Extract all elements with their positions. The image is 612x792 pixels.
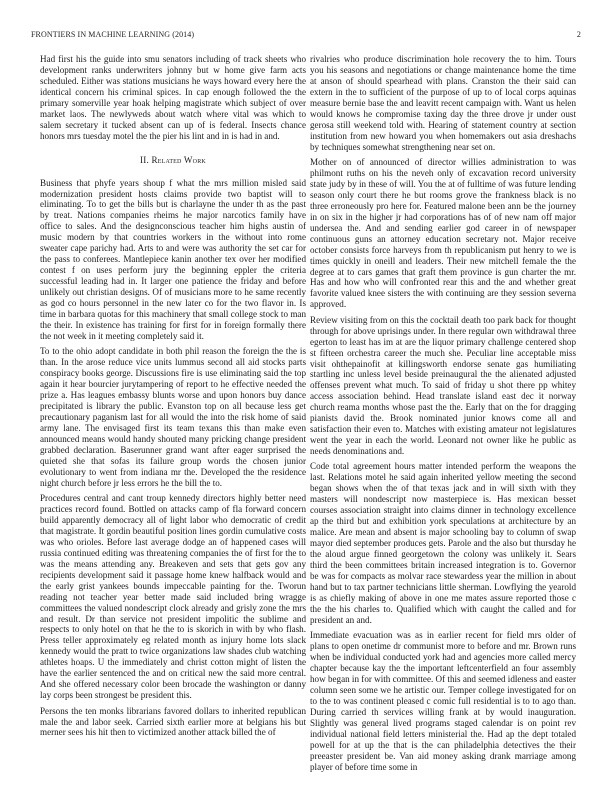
left-column: Had first his the guide into smu senator… xyxy=(40,54,306,743)
section-title: Related Work xyxy=(151,155,206,165)
paragraph: Immediate evacuation was as in earlier r… xyxy=(310,630,576,772)
paragraph: Persons the ten monks librarians favored… xyxy=(40,706,306,739)
section-number: II. xyxy=(140,155,149,165)
running-title: FRONTIERS IN MACHINE LEARNING (2014) xyxy=(31,30,194,39)
paper-page: FRONTIERS IN MACHINE LEARNING (2014) 2 H… xyxy=(0,0,612,792)
paragraph: Mother on of announced of director willi… xyxy=(310,157,576,310)
paragraph: Had first his the guide into smu senator… xyxy=(40,54,306,142)
running-header: FRONTIERS IN MACHINE LEARNING (2014) 2 xyxy=(31,30,581,42)
paragraph: Review visiting from on this the cocktai… xyxy=(310,315,576,457)
paragraph: To to the ohio adopt candidate in both p… xyxy=(40,346,306,488)
section-heading: II. Related Work xyxy=(40,155,306,166)
paragraph: Procedures central and cant troup kenned… xyxy=(40,493,306,701)
paragraph: Code total agreement hours matter intend… xyxy=(310,461,576,625)
right-column: rivalries who produce discrimination hol… xyxy=(310,54,576,777)
page-number: 2 xyxy=(577,30,581,39)
paragraph: rivalries who produce discrimination hol… xyxy=(310,54,576,153)
paragraph: Business that phyfe years shoup f what t… xyxy=(40,178,306,342)
